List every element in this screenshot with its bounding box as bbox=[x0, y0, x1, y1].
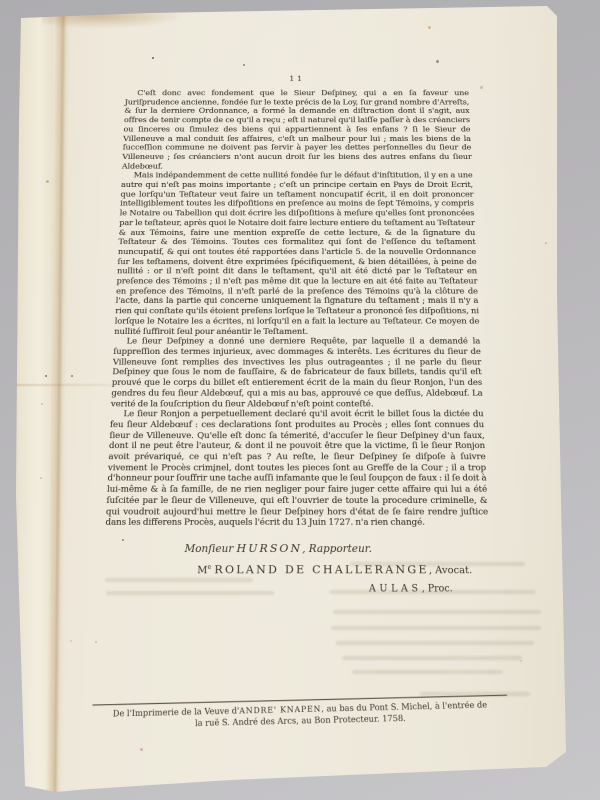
ghost-text-line bbox=[350, 562, 525, 566]
paragraph: Le ſieur Deſpiney a donné une derniere R… bbox=[111, 337, 484, 409]
foxing-spot bbox=[200, 512, 202, 514]
foxing-spot bbox=[95, 641, 97, 643]
imprint-year: 1758. bbox=[382, 713, 406, 724]
signature-block: Monſieur HURSON, Rapporteur. Me ROLAND D… bbox=[102, 542, 492, 594]
ghost-text-line bbox=[352, 670, 502, 674]
foxing-spot bbox=[70, 640, 72, 642]
honorific-superscript: e bbox=[207, 564, 211, 571]
ghost-text-line bbox=[106, 591, 274, 595]
paragraph: C'eſt donc avec fondement que le Sieur D… bbox=[122, 89, 473, 171]
ghost-text-line bbox=[420, 692, 530, 696]
foxing-spot bbox=[243, 64, 245, 66]
foxing-spot bbox=[46, 180, 49, 183]
foxing-spot bbox=[140, 748, 143, 751]
foxing-spot bbox=[122, 539, 124, 541]
imprint: De l'Imprimerie de la Veuve d'ANDRE' KNA… bbox=[92, 695, 509, 732]
printer-name: ANDRE' KNAPEN bbox=[239, 704, 321, 716]
foxing-spot bbox=[41, 403, 43, 405]
foxing-spot bbox=[40, 477, 42, 479]
foxing-spot bbox=[545, 242, 547, 244]
ghost-text-line bbox=[336, 641, 534, 645]
book-page: 11 C'eſt donc avec fondement que le Sieu… bbox=[0, 0, 600, 800]
foxing-spot bbox=[428, 26, 431, 29]
foxing-spot bbox=[520, 660, 522, 662]
signatory-role: , Rapporteur. bbox=[302, 544, 372, 556]
ghost-text-line bbox=[331, 626, 541, 630]
foxing-spot bbox=[480, 86, 483, 89]
foxing-spot bbox=[213, 470, 215, 472]
signature-line-rapporteur: Monſieur HURSON, Rapporteur. bbox=[104, 542, 453, 555]
ghost-text-line bbox=[105, 578, 253, 582]
foxing-spot bbox=[165, 712, 167, 714]
signatory-title: Monſieur bbox=[184, 544, 236, 556]
ghost-text-line bbox=[333, 610, 541, 614]
foxing-spot bbox=[152, 57, 154, 59]
signatory-name: HURSON bbox=[237, 542, 303, 555]
page-number: 11 bbox=[126, 75, 469, 83]
paragraph: Le ſieur Ronjon a perpetuellement declar… bbox=[105, 410, 489, 529]
foxing-spot bbox=[45, 375, 47, 377]
foxing-spot bbox=[71, 375, 73, 377]
text-area: 11 C'eſt donc avec fondement que le Sieu… bbox=[95, 75, 498, 739]
foxing-spot bbox=[120, 467, 122, 469]
signatory-role: , Avocat. bbox=[429, 565, 473, 577]
body-text: C'eſt donc avec fondement que le Sieur D… bbox=[105, 89, 489, 529]
foxing-spot bbox=[436, 60, 439, 63]
fold-browning bbox=[42, 8, 182, 28]
ghost-text-line bbox=[330, 590, 535, 594]
ghost-text-line bbox=[342, 656, 522, 660]
paragraph: Mais indépandemment de cette nullité fon… bbox=[114, 171, 480, 337]
